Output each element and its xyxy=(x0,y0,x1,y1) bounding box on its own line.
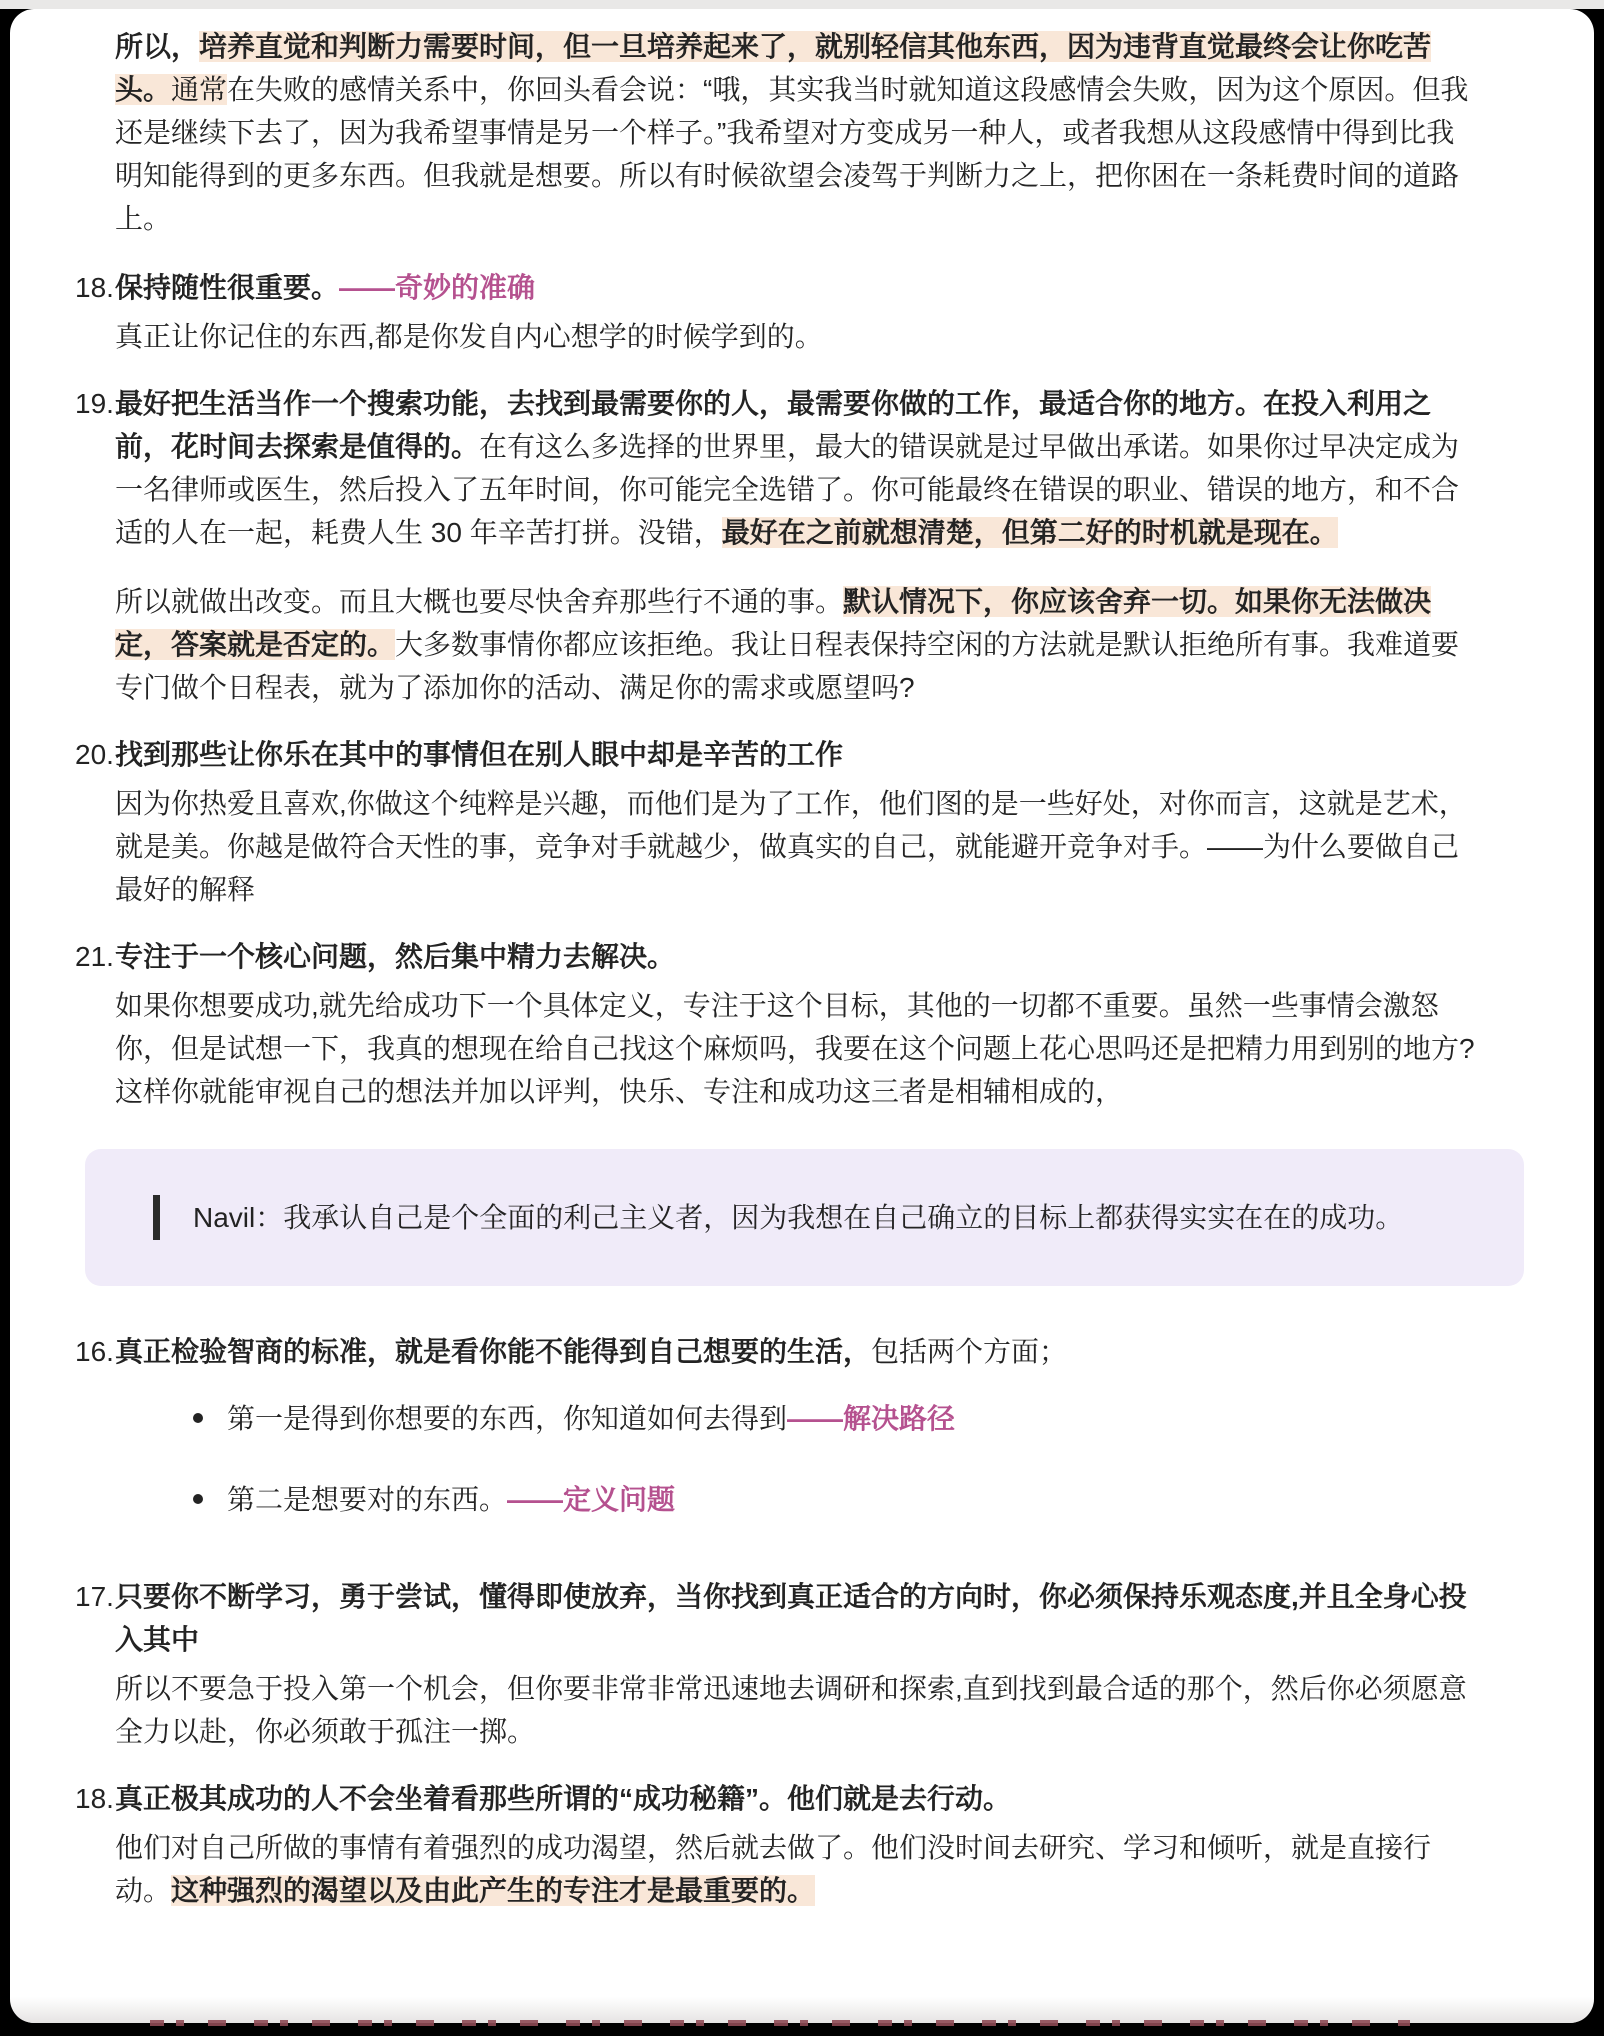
bullet1-text: 第一是得到你想要的东西，你知道如何去得到 xyxy=(227,1403,787,1434)
clipped-next-line xyxy=(150,2020,1410,2026)
list-item-17: 17. 只要你不断学习，勇于尝试，懂得即使放弃，当你找到真正适合的方向时，你必须… xyxy=(75,1575,1478,1753)
item18a-paragraph: 真正让你记住的东西,都是你发自内心想学的时候学到的。 xyxy=(115,315,1478,358)
item20-heading: 找到那些让你乐在其中的事情但在别人眼中却是辛苦的工作 xyxy=(115,733,1478,776)
item16-bullets: 第一是得到你想要的东西，你知道如何去得到——解决路径 第二是想要对的东西。——定… xyxy=(193,1397,1478,1521)
quote-block: Navil：我承认自己是个全面的利己主义者，因为我想在自己确立的目标上都获得实实… xyxy=(85,1149,1524,1286)
item21-paragraph: 如果你想要成功,就先给成功下一个具体定义，专注于这个目标，其他的一切都不重要。虽… xyxy=(115,984,1478,1113)
bullet2-backlink[interactable]: ——定义问题 xyxy=(507,1484,675,1515)
list-item-18a: 18. 保持随性很重要。——奇妙的准确 真正让你记住的东西,都是你发自内心想学的… xyxy=(75,266,1478,358)
item20-paragraph: 因为你热爱且喜欢,你做这个纯粹是兴趣，而他们是为了工作，他们图的是一些好处，对你… xyxy=(115,782,1478,911)
item21-heading: 专注于一个核心问题，然后集中精力去解决。 xyxy=(115,935,1478,978)
bullet-item-1: 第一是得到你想要的东西，你知道如何去得到——解决路径 xyxy=(193,1397,1478,1440)
list-number: 20. xyxy=(75,733,115,911)
intro-rest: 在失败的感情关系中，你回头看会说：“哦，其实我当时就知道这段感情会失败，因为这个… xyxy=(115,74,1468,234)
bullet2-text: 第二是想要对的东西。 xyxy=(227,1484,507,1515)
item17-paragraph: 所以不要急于投入第一个机会，但你要非常非常迅速地去调研和探索,直到找到最合适的那… xyxy=(115,1667,1478,1753)
item18a-title: 保持随性很重要。 xyxy=(115,272,339,303)
list-item-21: 21. 专注于一个核心问题，然后集中精力去解决。 如果你想要成功,就先给成功下一… xyxy=(75,935,1478,1113)
list-number: 21. xyxy=(75,935,115,1113)
item16-heading: 真正检验智商的标准，就是看你能不能得到自己想要的生活，包括两个方面； xyxy=(115,1330,1478,1373)
item20-title: 找到那些让你乐在其中的事情但在别人眼中却是辛苦的工作 xyxy=(115,739,843,770)
document-page: 所以，培养直觉和判断力需要时间，但一旦培养起来了，就别轻信其他东西，因为违背直觉… xyxy=(10,9,1594,2023)
item18b-title: 真正极其成功的人不会坐着看那些所谓的“成功秘籍”。他们就是去行动。 xyxy=(115,1783,1011,1814)
item17-heading: 只要你不断学习，勇于尝试，懂得即使放弃，当你找到真正适合的方向时，你必须保持乐观… xyxy=(115,1575,1478,1661)
list-number: 17. xyxy=(75,1575,115,1753)
bullet-icon xyxy=(193,1413,203,1423)
item18b-heading: 真正极其成功的人不会坐着看那些所谓的“成功秘籍”。他们就是去行动。 xyxy=(115,1777,1478,1820)
item19-paragraph-2: 所以就做出改变。而且大概也要尽快舍弃那些行不通的事。默认情况下，你应该舍弃一切。… xyxy=(115,580,1478,709)
intro-bold-lead: 所以， xyxy=(115,31,199,62)
intro-highlight-plain: 通常 xyxy=(171,74,227,105)
list-number: 18. xyxy=(75,1777,115,1912)
bullet1-backlink[interactable]: ——解决路径 xyxy=(787,1403,955,1434)
list-item-16: 16. 真正检验智商的标准，就是看你能不能得到自己想要的生活，包括两个方面； 第… xyxy=(75,1330,1478,1551)
intro-paragraph: 所以，培养直觉和判断力需要时间，但一旦培养起来了，就别轻信其他东西，因为违背直觉… xyxy=(115,25,1478,240)
item21-title: 专注于一个核心问题，然后集中精力去解决。 xyxy=(115,941,675,972)
item19-p2-pre: 所以就做出改变。而且大概也要尽快舍弃那些行不通的事。 xyxy=(115,586,843,617)
bullet1-paragraph: 第一是得到你想要的东西，你知道如何去得到——解决路径 xyxy=(227,1397,955,1440)
bullet-icon xyxy=(193,1494,203,1504)
quote-text: Navil：我承认自己是个全面的利己主义者，因为我想在自己确立的目标上都获得实实… xyxy=(193,1195,1464,1240)
bullet2-paragraph: 第二是想要对的东西。——定义问题 xyxy=(227,1478,675,1521)
list-number: 19. xyxy=(75,382,115,709)
list-number: 16. xyxy=(75,1330,115,1551)
list-item-19: 19. 最好把生活当作一个搜索功能，去找到最需要你的人，最需要你做的工作，最适合… xyxy=(75,382,1478,709)
item16-title-bold: 真正检验智商的标准，就是看你能不能得到自己想要的生活， xyxy=(115,1336,871,1367)
blockquote: Navil：我承认自己是个全面的利己主义者，因为我想在自己确立的目标上都获得实实… xyxy=(153,1195,1464,1240)
list-number: 18. xyxy=(75,266,115,358)
item19-heading-paragraph: 最好把生活当作一个搜索功能，去找到最需要你的人，最需要你做的工作，最适合你的地方… xyxy=(115,382,1478,554)
item18a-backlink[interactable]: ——奇妙的准确 xyxy=(339,272,535,303)
list-item-18b: 18. 真正极其成功的人不会坐着看那些所谓的“成功秘籍”。他们就是去行动。 他们… xyxy=(75,1777,1478,1912)
background-window-strip xyxy=(0,0,1604,9)
item16-title-rest: 包括两个方面； xyxy=(871,1336,1067,1367)
item18b-paragraph: 他们对自己所做的事情有着强烈的成功渴望，然后就去做了。他们没时间去研究、学习和倾… xyxy=(115,1826,1478,1912)
list-item-20: 20. 找到那些让你乐在其中的事情但在别人眼中却是辛苦的工作 因为你热爱且喜欢,… xyxy=(75,733,1478,911)
item17-title: 只要你不断学习，勇于尝试，懂得即使放弃，当你找到真正适合的方向时，你必须保持乐观… xyxy=(115,1581,1467,1655)
bullet-item-2: 第二是想要对的东西。——定义问题 xyxy=(193,1478,1478,1521)
item19-highlight: 最好在之前就想清楚，但第二好的时机就是现在。 xyxy=(722,517,1338,548)
item18b-para-highlight: 这种强烈的渴望以及由此产生的专注才是最重要的。 xyxy=(171,1875,815,1906)
item18a-heading: 保持随性很重要。——奇妙的准确 xyxy=(115,266,1478,309)
